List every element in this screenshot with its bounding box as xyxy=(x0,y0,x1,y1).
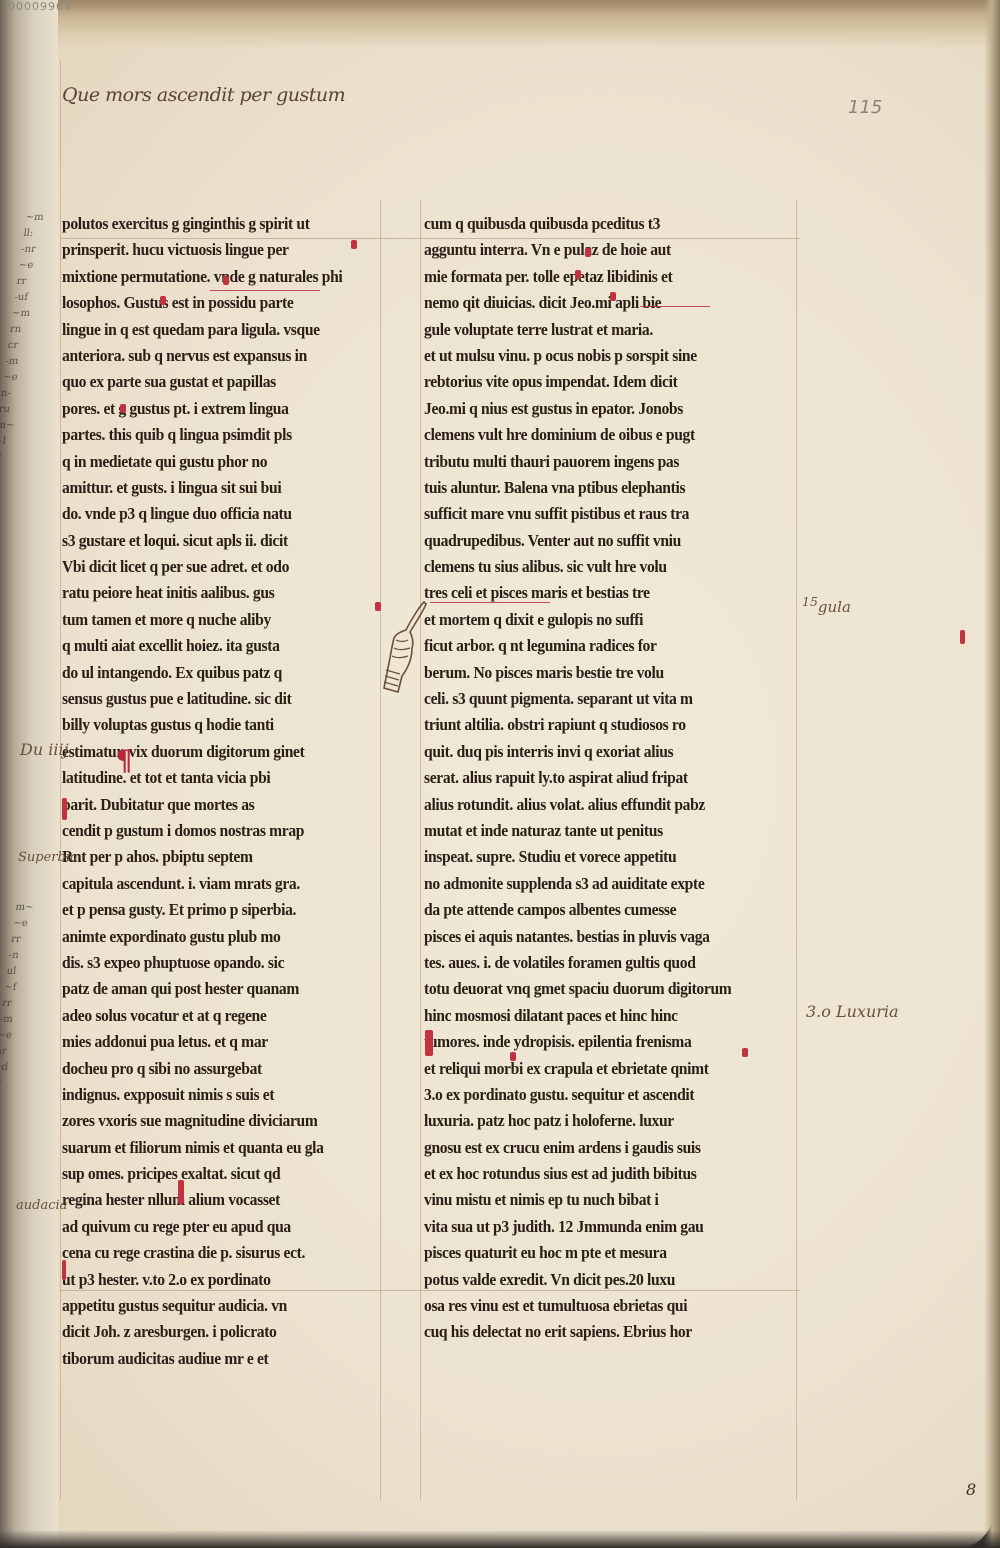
text-line: regina hester nllum alium vocasset xyxy=(62,1188,374,1216)
text-column-right: cum q quibusda quibusda pceditus t3 aggu… xyxy=(424,212,798,1347)
text-line: sensus gustus pue e latitudine. sic dit xyxy=(62,686,374,714)
text-line: agguntu interra. Vn e pulaz de hoie aut xyxy=(424,238,798,266)
text-line: inspeat. supre. Studiu et vorece appetit… xyxy=(424,845,798,873)
rubric-dot xyxy=(160,296,166,305)
text-line: indignus. expposuit nimis s suis et xyxy=(62,1082,374,1110)
text-line: quit. duq pis interris invi q exoriat al… xyxy=(424,739,798,767)
ruling-left-inner xyxy=(380,200,381,1500)
text-line: triunt altilia. obstri rapiunt q studios… xyxy=(424,713,798,741)
text-line: tiborum audicitas audiue mr e et xyxy=(62,1346,374,1374)
text-line: q multi aiat excellit hoiez. ita gusta xyxy=(62,634,374,662)
rubric-capital-stroke xyxy=(425,1030,433,1056)
rubric-dot xyxy=(585,248,591,257)
text-line: do. vnde p3 q lingue duo officia natu xyxy=(62,502,374,530)
text-line: lingue in q est quedam para ligula. vsqu… xyxy=(62,317,374,345)
text-line: pisces ei aquis natantes. bestias in plu… xyxy=(424,924,798,952)
text-line: celi. s3 quunt pigmenta. separant ut vit… xyxy=(424,686,798,714)
text-line: partes. this quib q lingua psimdit pls xyxy=(62,422,374,450)
facing-page-text: ~m ll: -nr ~e rr -uf ~m rn cr -m ~e n- r… xyxy=(0,210,67,562)
rubric-dot xyxy=(510,1052,516,1061)
text-line: serat. alius rapuit ly.to aspirat aliud … xyxy=(424,766,798,794)
text-line: quadrupedibus. Venter aut no suffit vniu xyxy=(424,528,798,556)
text-line: rebtorius vite opus impendat. Idem dicit xyxy=(424,370,798,398)
marginal-note-gula-number: 15 xyxy=(802,594,818,609)
text-line: sup omes. pricipes exaltat. sicut qd xyxy=(62,1161,374,1189)
text-line: da pte attende campos albentes cumesse xyxy=(424,897,798,925)
text-line: capitula ascendunt. i. viam mrats gra. xyxy=(62,871,374,899)
text-line: zores vxoris sue magnitudine diviciarum xyxy=(62,1109,374,1137)
text-line: et ut mulsu vinu. p ocus nobis p sorspit… xyxy=(424,343,798,371)
text-line: anteriora. sub q nervus est expansus in xyxy=(62,343,374,371)
facing-page-text-lower: m~ ~e rr -n ul ~f rr -m ~e nr ~d rr -u xyxy=(0,900,57,1108)
text-line: mixtione permutatione. vnde g naturales … xyxy=(62,264,374,292)
text-line: patz de aman qui post hester quanam xyxy=(62,977,374,1005)
text-line: alius rotundit. alius volat. alius effun… xyxy=(424,792,798,820)
text-line: cum q quibusda quibusda pceditus t3 xyxy=(424,211,798,239)
rubric-underline xyxy=(210,290,320,291)
manuscript-page: ~m ll: -nr ~e rr -uf ~m rn cr -m ~e n- r… xyxy=(0,0,1000,1548)
text-line: ad quivum cu rege pter eu apud qua xyxy=(62,1214,374,1242)
text-line: q in medietate qui gustu phor no xyxy=(62,449,374,477)
text-line: totu deuorat vnq gmet spaciu duorum digi… xyxy=(424,977,798,1005)
marginal-note-du: Du iiij xyxy=(20,740,69,759)
text-line: cuq his delectat no erit sapiens. Ebrius… xyxy=(424,1320,798,1348)
rubric-underline xyxy=(640,306,710,307)
text-line: ut p3 hester. v.to 2.o ex pordinato xyxy=(62,1267,374,1295)
text-line: ficut arbor. q nt legumina radices for xyxy=(424,634,798,662)
text-line: et reliqui morbi ex crapula et ebrietate… xyxy=(424,1056,798,1084)
text-line: amittur. et gusts. i lingua sit sui bui xyxy=(62,475,374,503)
manicule-pointing-hand-icon xyxy=(376,596,436,696)
text-line: tres celi et pisces maris et bestias tre xyxy=(424,581,798,609)
text-line: berum. No pisces maris bestie tre volu xyxy=(424,660,798,688)
text-line: mie formata per. tolle epetaz libidinis … xyxy=(424,264,798,292)
marginal-note-gula-text: gula xyxy=(818,598,851,616)
ruling-left-outer xyxy=(60,60,61,1500)
text-line: animte expordinato gustu plub mo xyxy=(62,924,374,952)
text-line: hinc mosmosi dilatant paces et hinc hinc xyxy=(424,1003,798,1031)
rubric-dot xyxy=(351,240,357,249)
text-line: quo ex parte sua gustat et papillas xyxy=(62,370,374,398)
text-line: gule voluptate terre lustrat et maria. xyxy=(424,317,798,345)
text-line: clemens vult hre dominium de oibus e pug… xyxy=(424,422,798,450)
text-line: Vbi dicit licet q per sue adret. et odo xyxy=(62,554,374,582)
text-line: docheu pro q sibi no assurgebat xyxy=(62,1056,374,1084)
rubric-dot xyxy=(742,1048,748,1057)
archive-stamp: 00009969 xyxy=(8,0,72,13)
text-line: tributu multi thauri pauorem ingens pas xyxy=(424,449,798,477)
text-line: vinu mistu et nimis ep tu nuch bibat i xyxy=(424,1188,798,1216)
text-line: no admonite supplenda s3 ad auiditate ex… xyxy=(424,871,798,899)
text-line: cena cu rege crastina die p. sisurus ect… xyxy=(62,1241,374,1269)
text-line: suarum et filiorum nimis et quanta eu gl… xyxy=(62,1135,374,1163)
text-line: mies addonui pua letus. et q mar xyxy=(62,1029,374,1057)
running-head: Que mors ascendit per gustum xyxy=(62,84,345,106)
text-line: billy voluptas gustus q hodie tanti xyxy=(62,713,374,741)
text-line: et p pensa gusty. Et primo p siperbia. xyxy=(62,897,374,925)
rubric-dot xyxy=(575,270,581,279)
marginal-note-audacia: audacia xyxy=(16,1198,67,1213)
folio-number: 115 xyxy=(848,97,882,118)
text-line: vita sua ut p3 judith. 12 Jmmunda enim g… xyxy=(424,1214,798,1242)
text-line: sufficit mare vnu suffit pistibus et rau… xyxy=(424,502,798,530)
corner-mark: 8 xyxy=(966,1480,976,1499)
text-line: losophos. Gustus est in possidu parte xyxy=(62,291,374,319)
marginal-note-luxuria: 3.o Luxuria xyxy=(806,1002,899,1021)
rubric-dot xyxy=(223,276,229,285)
text-line: Jeo.mi q nius est gustus in epator. Jono… xyxy=(424,396,798,424)
text-line: ratu peiore heat initis aalibus. gus xyxy=(62,581,374,609)
text-line: clemens tu sius alibus. sic vult hre vol… xyxy=(424,554,798,582)
text-line: cendit p gustum i domos nostras mrap xyxy=(62,818,374,846)
facing-page-gutter: ~m ll: -nr ~e rr -uf ~m rn cr -m ~e n- r… xyxy=(0,0,58,1548)
text-line: 3.o ex pordinato gustu. sequitur et asce… xyxy=(424,1082,798,1110)
text-line: dicit Joh. z aresburgen. i policrato xyxy=(62,1320,374,1348)
text-line: appetitu gustus sequitur audicia. vn xyxy=(62,1293,374,1321)
ruling-right-inner xyxy=(420,200,421,1500)
text-line: polutos exercitus g ginginthis g spirit … xyxy=(62,211,374,239)
text-line: dis. s3 expeo phuptuose opando. sic xyxy=(62,950,374,978)
text-column-left: polutos exercitus g ginginthis g spirit … xyxy=(62,212,374,1373)
text-line: et ex hoc rotundus sius est ad judith bi… xyxy=(424,1161,798,1189)
text-line: osa res vinu est et tumultuosa ebrietas … xyxy=(424,1293,798,1321)
text-line: pores. et g gustus pt. i extrem lingua xyxy=(62,396,374,424)
page-bottom-shadow xyxy=(0,1530,1000,1548)
text-line: gnosu est ex crucu enim ardens i gaudis … xyxy=(424,1135,798,1163)
text-line: et mortem q dixit e gulopis no suffi xyxy=(424,607,798,635)
rubric-capital-stroke xyxy=(62,798,67,820)
text-line: parit. Dubitatur que mortes as xyxy=(62,792,374,820)
text-line: latitudine. et tot et tanta vicia pbi xyxy=(62,766,374,794)
text-line: potus valde exredit. Vn dicit pes.20 lux… xyxy=(424,1267,798,1295)
rubric-underline xyxy=(430,602,550,603)
rubric-capital-stroke xyxy=(178,1180,184,1204)
text-line: tum tamen et more q nuche aliby xyxy=(62,607,374,635)
page-top-edge xyxy=(0,0,1000,48)
text-line: tes. aues. i. de volatiles foramen gulti… xyxy=(424,950,798,978)
text-line: mutat et inde naturaz tante ut penitus xyxy=(424,818,798,846)
text-line: s3 gustare et loqui. sicut apls ii. dici… xyxy=(62,528,374,556)
marginal-note-superbia: Superbia xyxy=(18,850,78,865)
text-line: adeo solus vocatur et at q regene xyxy=(62,1003,374,1031)
text-line: estimatur. vix duorum digitorum ginet xyxy=(62,739,374,767)
rubric-dot xyxy=(120,404,126,413)
text-line: luxuria. patz hoc patz i holoferne. luxu… xyxy=(424,1109,798,1137)
text-line: do ul intangendo. Ex quibus patz q xyxy=(62,660,374,688)
text-line: pisces quaturit eu hoc m pte et mesura xyxy=(424,1241,798,1269)
marginal-note-gula: 15gula xyxy=(802,594,851,616)
text-line: prinsperit. hucu victuosis lingue per xyxy=(62,238,374,266)
page-right-edge xyxy=(984,0,1000,1548)
text-line: tuis aluntur. Balena vna ptibus elephant… xyxy=(424,475,798,503)
rubric-margin-mark xyxy=(960,630,965,644)
text-line: Rnt per p ahos. pbiptu septem xyxy=(62,845,374,873)
rubric-capital-stroke xyxy=(62,1260,66,1280)
rubric-paragraph-mark: ¶ xyxy=(116,743,132,777)
rubric-dot xyxy=(610,292,616,301)
